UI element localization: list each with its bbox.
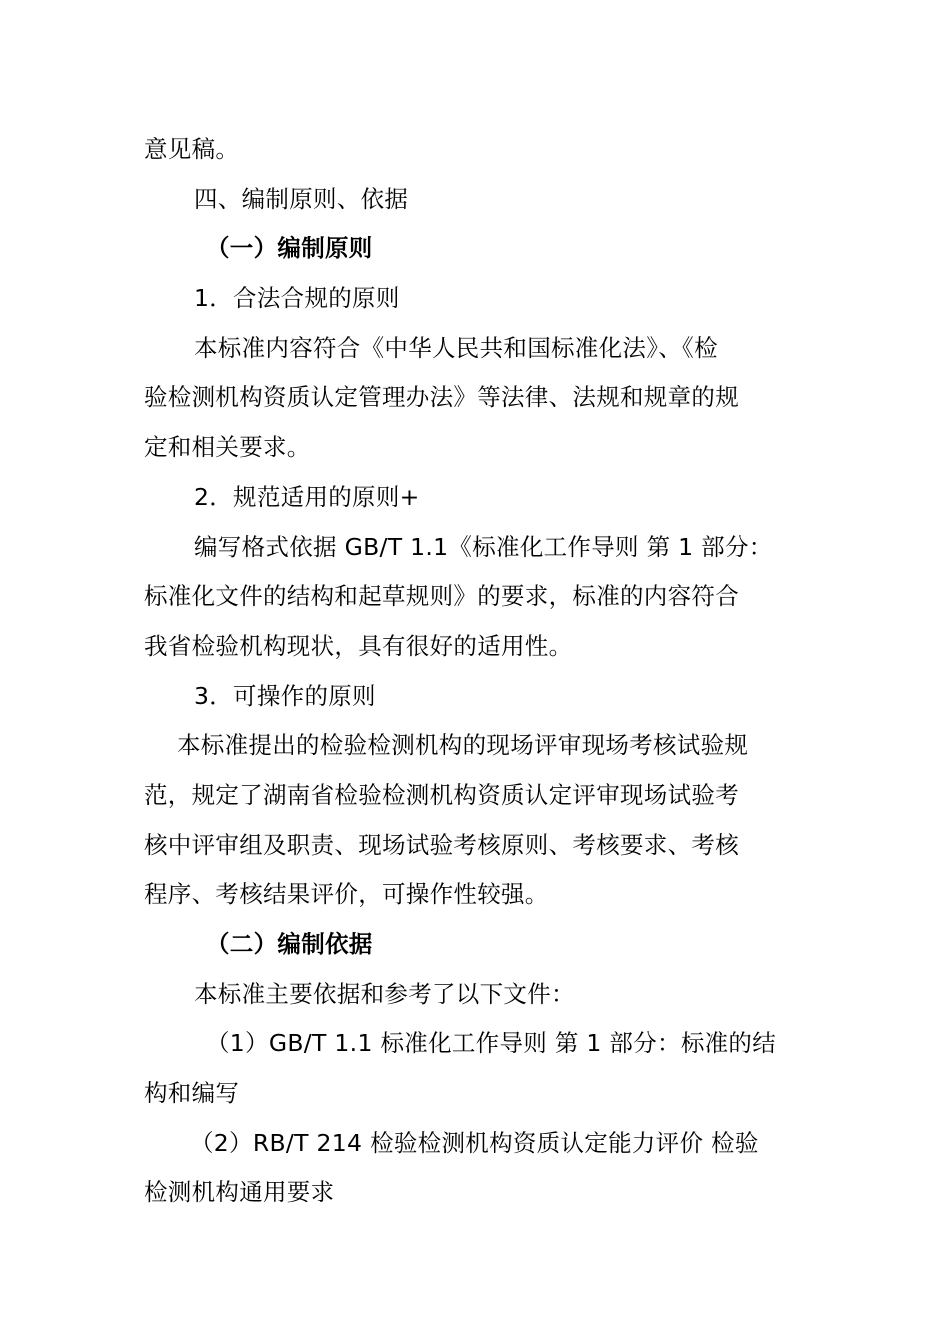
- section-heading-four: 四、编制原则、依据: [144, 175, 814, 225]
- principle-1-heading: 1．合法合规的原则: [144, 274, 814, 324]
- principle-2-text-line: 我省检验机构现状，具有很好的适用性。: [144, 622, 814, 672]
- principle-1-text-line: 验检测机构资质认定管理办法》等法律、法规和规章的规: [144, 373, 814, 423]
- principle-3-text-line: 范，规定了湖南省检验检测机构资质认定评审现场试验考: [144, 771, 814, 821]
- reference-item-2-continuation: 检测机构通用要求: [144, 1168, 814, 1218]
- principle-2-heading: 2．规范适用的原则+: [144, 473, 814, 523]
- basis-intro-text: 本标准主要依据和参考了以下文件：: [144, 970, 814, 1020]
- reference-item-1: （1）GB/T 1.1 标准化工作导则 第 1 部分：标准的结: [144, 1019, 814, 1069]
- principle-3-text-line: 程序、考核结果评价，可操作性较强。: [144, 870, 814, 920]
- principle-3-text-line: 核中评审组及职责、现场试验考核原则、考核要求、考核: [144, 821, 814, 871]
- principle-2-text-line: 编写格式依据 GB/T 1.1《标准化工作导则 第 1 部分：: [144, 523, 814, 573]
- paragraph-continuation: 意见稿。: [144, 125, 814, 175]
- reference-item-1-continuation: 构和编写: [144, 1069, 814, 1119]
- principle-2-text-line: 标准化文件的结构和起草规则》的要求，标准的内容符合: [144, 572, 814, 622]
- principle-1-text-line: 定和相关要求。: [144, 423, 814, 473]
- principle-1-text-line: 本标准内容符合《中华人民共和国标准化法》、《检: [144, 324, 814, 374]
- subsection-heading-principles: （一）编制原则: [144, 224, 814, 274]
- principle-3-text-line: 本标准提出的检验检测机构的现场评审现场考核试验规: [144, 721, 814, 771]
- subsection-heading-basis: （二）编制依据: [144, 920, 814, 970]
- principle-3-heading: 3．可操作的原则: [144, 672, 814, 722]
- reference-item-2: （2）RB/T 214 检验检测机构资质认定能力评价 检验: [144, 1119, 814, 1169]
- document-page: 意见稿。 四、编制原则、依据 （一）编制原则 1．合法合规的原则 本标准内容符合…: [144, 125, 814, 1218]
